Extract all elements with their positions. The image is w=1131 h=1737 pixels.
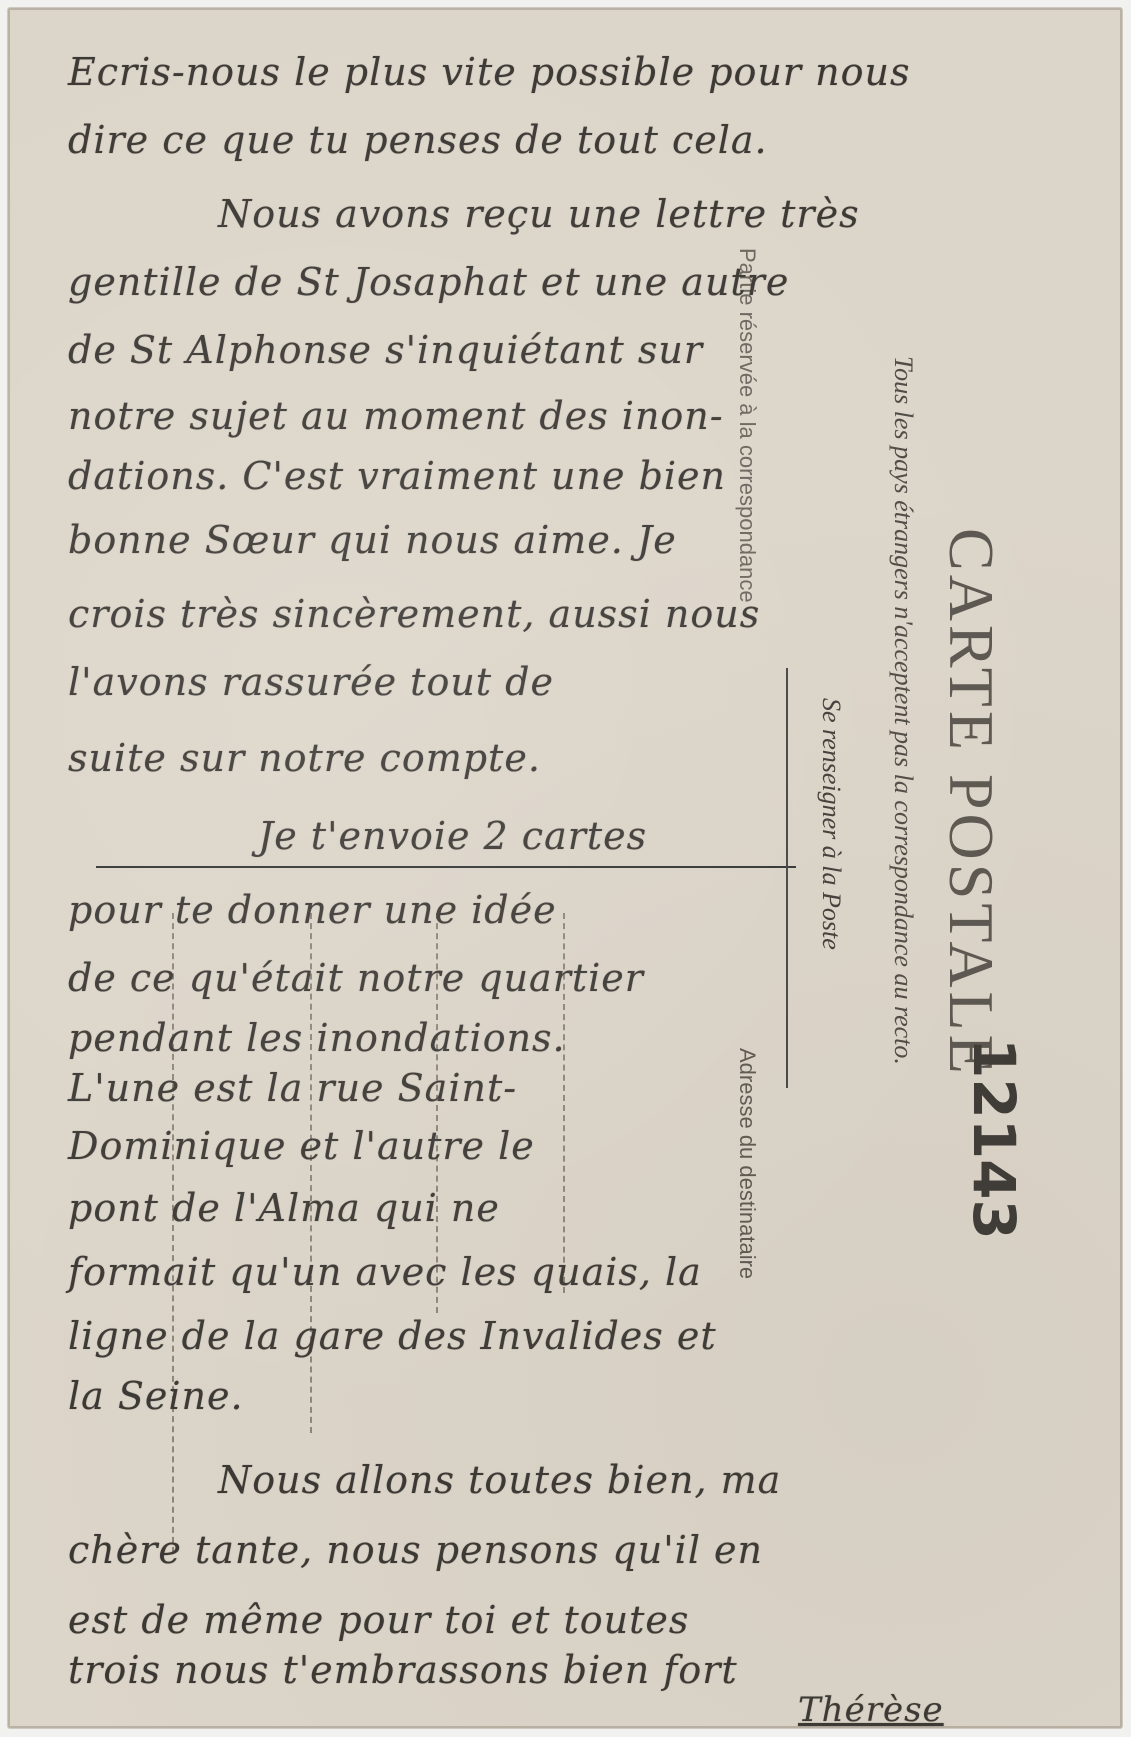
handwritten-line: bonne Sœur qui nous aime. Je bbox=[68, 518, 1108, 562]
handwritten-line: pour te donner une idée bbox=[68, 888, 1108, 932]
address-line-1 bbox=[172, 913, 174, 1553]
handwritten-line: Je t'envoie 2 cartes bbox=[258, 814, 1131, 858]
handwritten-line: Dominique et l'autre le bbox=[68, 1124, 1108, 1168]
handwritten-line: Nous allons toutes bien, ma bbox=[218, 1458, 1131, 1502]
address-divider-line bbox=[96, 866, 796, 868]
handwritten-line: gentille de St Josaphat et une autre bbox=[68, 260, 1108, 304]
postcard-back: CARTE POSTALE Tous les pays étrangers n'… bbox=[8, 8, 1122, 1728]
handwritten-line: suite sur notre compte. bbox=[68, 736, 1108, 780]
handwritten-line: est de même pour toi et toutes bbox=[68, 1598, 1108, 1642]
handwritten-line: de ce qu'était notre quartier bbox=[68, 956, 1108, 1000]
handwritten-line: pendant les inondations. bbox=[68, 1016, 1108, 1060]
handwritten-line: trois nous t'embrassons bien fort bbox=[68, 1648, 1108, 1692]
handwritten-line: dations. C'est vraiment une bien bbox=[68, 454, 1108, 498]
handwritten-line: de St Alphonse s'inquiétant sur bbox=[68, 328, 1108, 372]
handwritten-line: ligne de la gare des Invalides et bbox=[68, 1314, 1108, 1358]
signature: Thérèse bbox=[798, 1690, 944, 1730]
handwritten-line: Ecris-nous le plus vite possible pour no… bbox=[68, 50, 1108, 94]
handwritten-line: pont de l'Alma qui ne bbox=[68, 1186, 1108, 1230]
handwritten-line: Nous avons reçu une lettre très bbox=[218, 192, 1131, 236]
handwritten-line: formait qu'un avec les quais, la bbox=[68, 1250, 1108, 1294]
handwritten-line: notre sujet au moment des inon- bbox=[68, 394, 1108, 438]
handwritten-line: la Seine. bbox=[68, 1374, 1108, 1418]
handwritten-line: dire ce que tu penses de tout cela. bbox=[68, 118, 1108, 162]
handwritten-line: L'une est la rue Saint- bbox=[68, 1066, 1108, 1110]
handwritten-line: l'avons rassurée tout de bbox=[68, 660, 1108, 704]
handwritten-line: crois très sincèrement, aussi nous bbox=[68, 592, 1108, 636]
handwritten-line: chère tante, nous pensons qu'il en bbox=[68, 1528, 1108, 1572]
